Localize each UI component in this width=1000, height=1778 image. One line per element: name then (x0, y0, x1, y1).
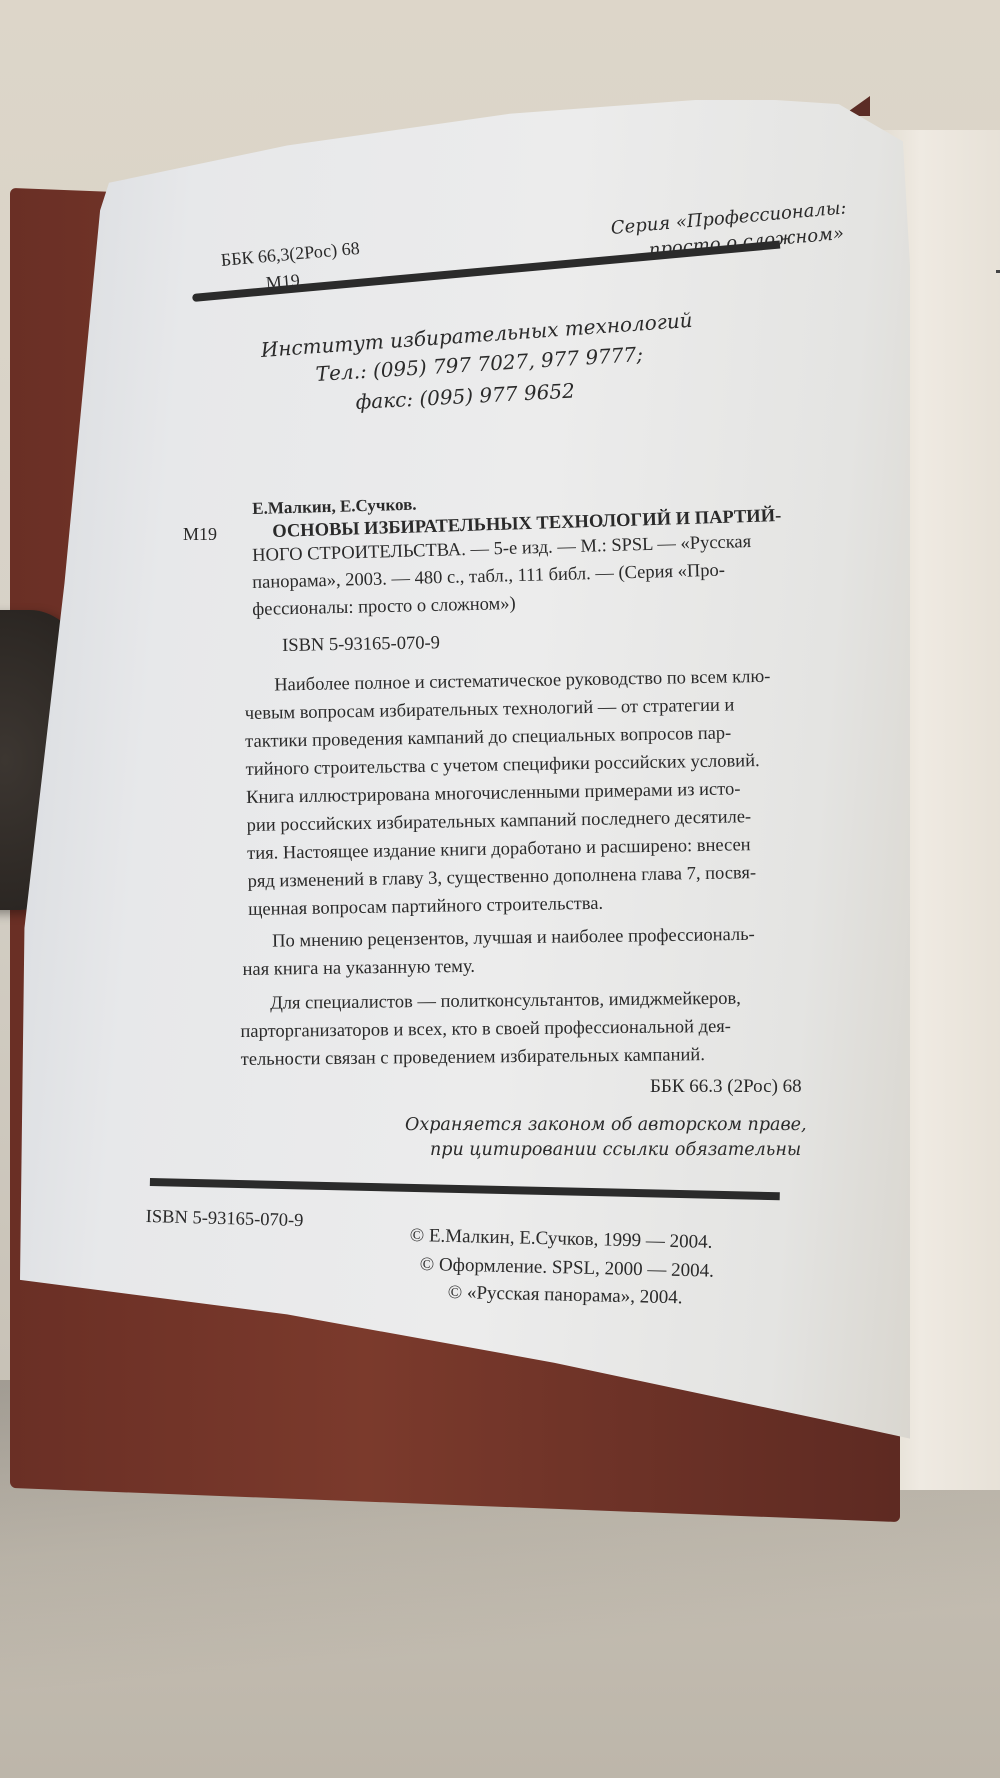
bbk-code-bottom: ББК 66.3 (2Рос) 68 (650, 1076, 802, 1098)
copyright-notice-line-1: Охраняется законом об авторском праве, (405, 1115, 807, 1135)
footer-isbn: ISBN 5-93165-070-9 (145, 1207, 303, 1232)
title-verso-page: ББК 66,3(2Рос) 68 М19 Серия «Профессиона… (20, 100, 910, 1480)
page-edge-mark (996, 270, 1000, 273)
annotation-paragraph-3: Для специалистов — политконсультантов, и… (240, 985, 742, 1074)
copyright-notice-line-2: при цитировании ссылки обязательны (430, 1140, 801, 1160)
annotation-line: тельности связан с проведением избирател… (241, 1041, 742, 1074)
annotation-paragraph-1: Наиболее полное и систематическое руково… (244, 663, 774, 924)
annotation-paragraph-2: По мнению рецензентов, лучшая и наиболее… (242, 921, 755, 984)
bib-isbn: ISBN 5-93165-070-9 (282, 633, 440, 657)
margin-code: М19 (183, 524, 217, 545)
